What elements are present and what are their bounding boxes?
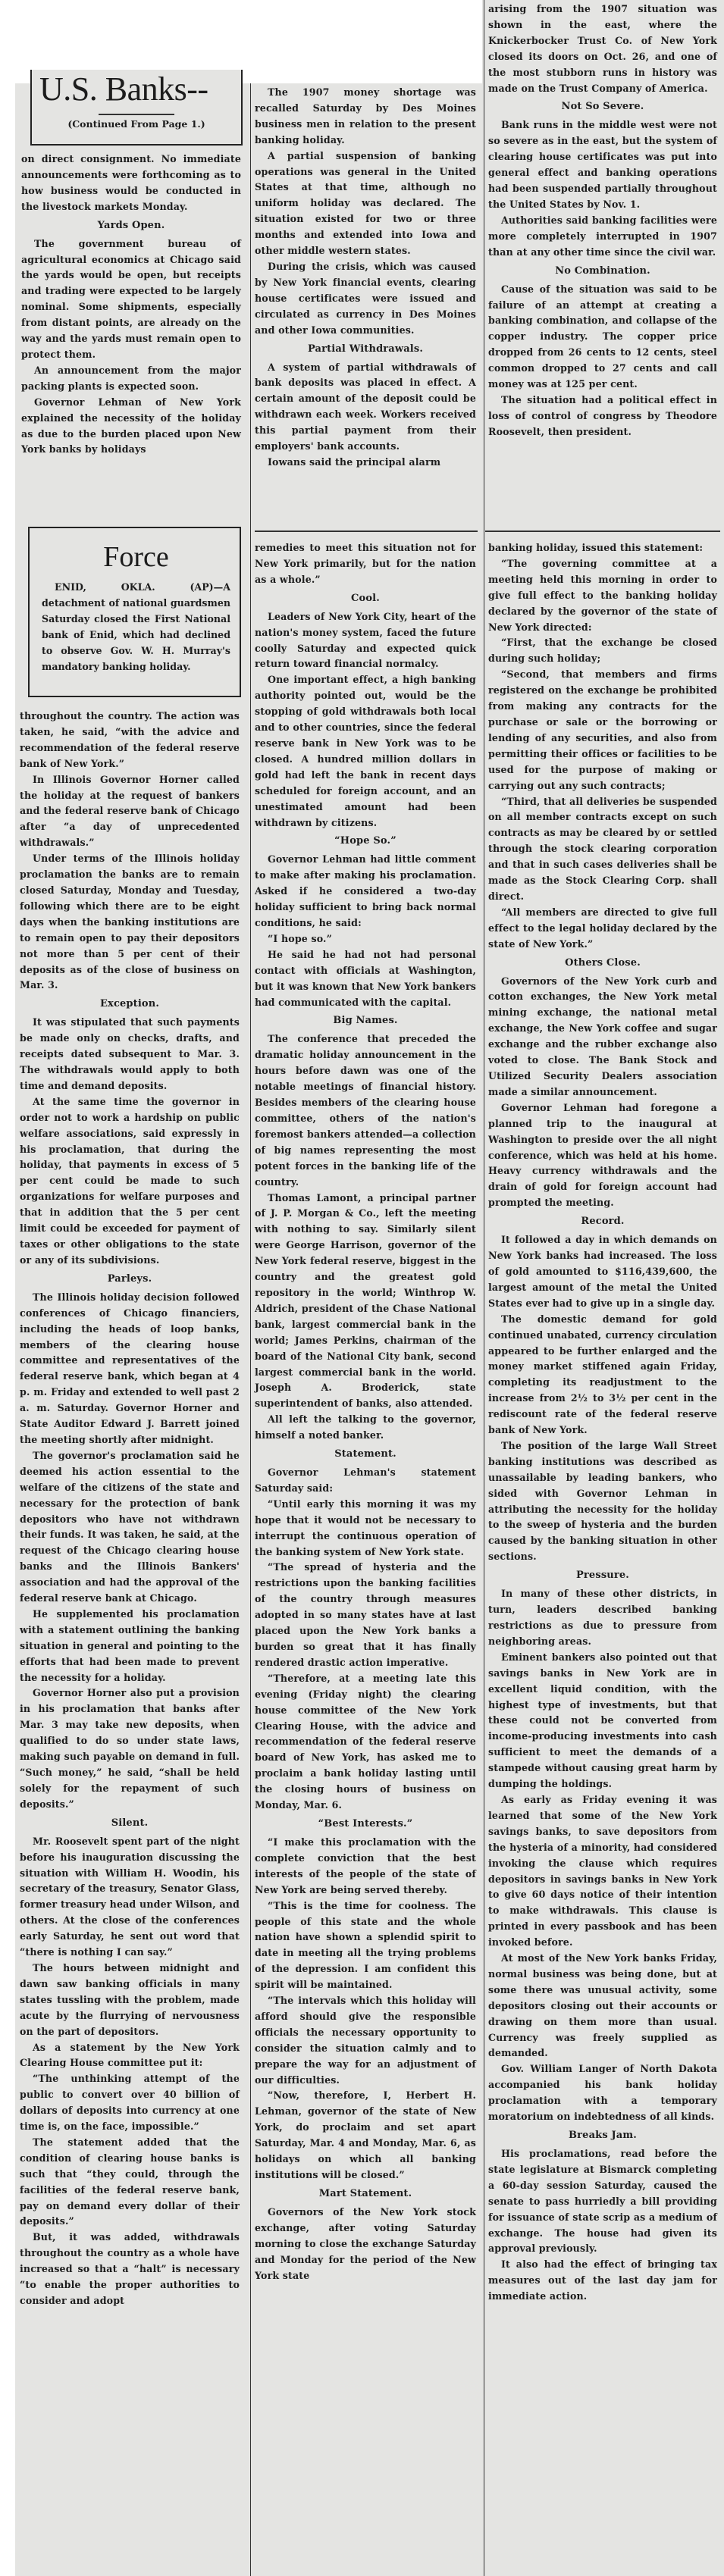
paragraph: The governor's proclamation said he deem… [20, 1448, 240, 1607]
paragraph: throughout the country. The action was t… [20, 709, 240, 772]
column-1-top: on direct consignment. No immediate anno… [21, 152, 241, 458]
section-heading: No Combination. [488, 263, 717, 280]
paragraph: “Until early this morning it was my hope… [255, 1497, 476, 1560]
paragraph: Governors of the New York curb and cotto… [488, 974, 717, 1100]
column-2-top: The 1907 money shortage was recalled Sat… [255, 85, 476, 471]
paragraph: “Therefore, at a meeting late this eveni… [255, 1671, 476, 1814]
paragraph: The situation had a political effect in … [488, 393, 717, 440]
paragraph: The statement added that the condition o… [20, 2135, 240, 2230]
paragraph: His proclamations, read before the state… [488, 2146, 717, 2257]
paragraph: The domestic demand for gold continued u… [488, 1312, 717, 1438]
section-heading: Pressure. [488, 1567, 717, 1584]
paragraph: All left the talking to the governor, hi… [255, 1412, 476, 1444]
paragraph: “I hope so.” [255, 931, 476, 947]
paragraph: “The intervals which this holiday will a… [255, 1993, 476, 2088]
paragraph: Governor Lehman had foregone a planned t… [488, 1100, 717, 1211]
paragraph: In many of these other districts, in tur… [488, 1586, 717, 1650]
section-heading: Not So Severe. [488, 99, 717, 115]
force-title: Force [42, 540, 230, 574]
column-3-top: arising from the 1907 situation was show… [488, 2, 717, 440]
section-heading: Parleys. [20, 1271, 240, 1288]
section-heading: “Hope So.” [255, 833, 476, 850]
paragraph: Under terms of the Illinois holiday proc… [20, 851, 240, 994]
paragraph: “All members are directed to give full e… [488, 905, 717, 953]
paragraph: The Illinois holiday decision followed c… [20, 1290, 240, 1448]
paragraph: “First, that the exchange be closed duri… [488, 635, 717, 667]
paragraph: It also had the effect of bringing tax m… [488, 2257, 717, 2305]
paragraph: “I make this proclamation with the compl… [255, 1835, 476, 1898]
paragraph: Thomas Lamont, a principal partner of J.… [255, 1191, 476, 1413]
section-heading: Cool. [255, 590, 476, 607]
section-heading: Others Close. [488, 955, 717, 972]
section-heading: Yards Open. [21, 218, 241, 234]
paragraph: The government bureau of agricultural ec… [21, 236, 241, 363]
paragraph: An announcement from the major packing p… [21, 363, 241, 395]
force-text: A detachment of national guardsmen Satur… [42, 581, 230, 672]
paragraph: Governor Lehman's statement Saturday sai… [255, 1465, 476, 1497]
headline-box: U.S. Banks-- (Continued From Page 1.) [30, 70, 243, 146]
paragraph: “This is the time for coolness. The peop… [255, 1898, 476, 1993]
paragraph: He said he had not had personal contact … [255, 947, 476, 1011]
paragraph: The position of the large Wall Street ba… [488, 1438, 717, 1565]
paragraph: “The spread of hysteria and the restrict… [255, 1560, 476, 1670]
paragraph: banking holiday, issued this statement: [488, 540, 717, 556]
section-heading: Exception. [20, 996, 240, 1013]
section-heading: Silent. [20, 1815, 240, 1832]
section-heading: “Best Interests.” [255, 1816, 476, 1833]
column-3-divider [485, 531, 720, 532]
paragraph: But, it was added, withdrawals throughou… [20, 2230, 240, 2309]
column-rule-1 [250, 83, 251, 2576]
paragraph: Mr. Roosevelt spent part of the night be… [20, 1834, 240, 1961]
paragraph: Leaders of New York City, heart of the n… [255, 609, 476, 673]
paragraph: He supplemented his proclamation with a … [20, 1607, 240, 1686]
force-box: Force ENID, OKLA. (AP)—A detachment of n… [28, 527, 241, 697]
column-rule-2 [484, 0, 484, 2576]
paragraph: At most of the New York banks Friday, no… [488, 1951, 717, 2061]
paragraph: on direct consignment. No immediate anno… [21, 152, 241, 215]
section-heading: Partial Withdrawals. [255, 341, 476, 358]
column-3-bottom: banking holiday, issued this statement:“… [488, 540, 717, 2305]
headline-title: U.S. Banks-- [32, 70, 241, 109]
column-2-bottom: remedies to meet this situation not for … [255, 540, 476, 2283]
paragraph: As a statement by the New York Clearing … [20, 2040, 240, 2072]
continued-note: (Continued From Page 1.) [32, 118, 241, 130]
paragraph: The 1907 money shortage was recalled Sat… [255, 85, 476, 149]
paragraph: Authorities said banking facilities were… [488, 213, 717, 261]
paragraph: The hours between midnight and dawn saw … [20, 1961, 240, 2040]
paragraph: Gov. William Langer of North Dakota acco… [488, 2061, 717, 2125]
paragraph: It followed a day in which demands on Ne… [488, 1232, 717, 1312]
section-heading: Mart Statement. [255, 2186, 476, 2202]
paragraph: The conference that preceded the dramati… [255, 1031, 476, 1190]
paragraph: Cause of the situation was said to be fa… [488, 282, 717, 393]
paragraph: In Illinois Governor Horner called the h… [20, 772, 240, 852]
headline-rule [99, 114, 174, 115]
paragraph: Governors of the New York stock exchange… [255, 2205, 476, 2284]
paragraph: arising from the 1907 situation was show… [488, 2, 717, 96]
paragraph: “The governing committee at a meeting he… [488, 556, 717, 636]
column-2-divider [255, 531, 478, 532]
paragraph: remedies to meet this situation not for … [255, 540, 476, 588]
section-heading: Record. [488, 1213, 717, 1230]
paragraph: Governor Lehman of New York explained th… [21, 395, 241, 459]
column-1-bottom: throughout the country. The action was t… [20, 709, 240, 2309]
paragraph: “Third, that all deliveries be suspended… [488, 794, 717, 905]
paragraph: “Second, that members and firms register… [488, 667, 717, 793]
paragraph: Eminent bankers also pointed out that sa… [488, 1650, 717, 1792]
section-heading: Big Names. [255, 1013, 476, 1029]
paragraph: One important effect, a high banking aut… [255, 672, 476, 831]
paragraph: A system of partial withdrawals of bank … [255, 360, 476, 455]
paragraph: A partial suspension of banking operatio… [255, 149, 476, 259]
force-dateline: ENID, OKLA. (AP)— [55, 581, 223, 593]
paragraph: “The unthinking attempt of the public to… [20, 2071, 240, 2135]
paragraph: Bank runs in the middle west were not so… [488, 117, 717, 212]
paragraph: As early as Friday evening it was learne… [488, 1792, 717, 1951]
paragraph: Iowans said the principal alarm [255, 455, 476, 471]
paragraph: Governor Horner also put a provision in … [20, 1686, 240, 1812]
paragraph: During the crisis, which was caused by N… [255, 259, 476, 339]
paragraph: “Now, therefore, I, Herbert H. Lehman, g… [255, 2088, 476, 2183]
paragraph: At the same time the governor in order n… [20, 1094, 240, 1269]
section-heading: Breaks Jam. [488, 2127, 717, 2144]
paragraph: Governor Lehman had little comment to ma… [255, 852, 476, 931]
section-heading: Statement. [255, 1446, 476, 1463]
force-body: ENID, OKLA. (AP)—A detachment of nationa… [42, 580, 230, 675]
paragraph: It was stipulated that such payments be … [20, 1015, 240, 1094]
